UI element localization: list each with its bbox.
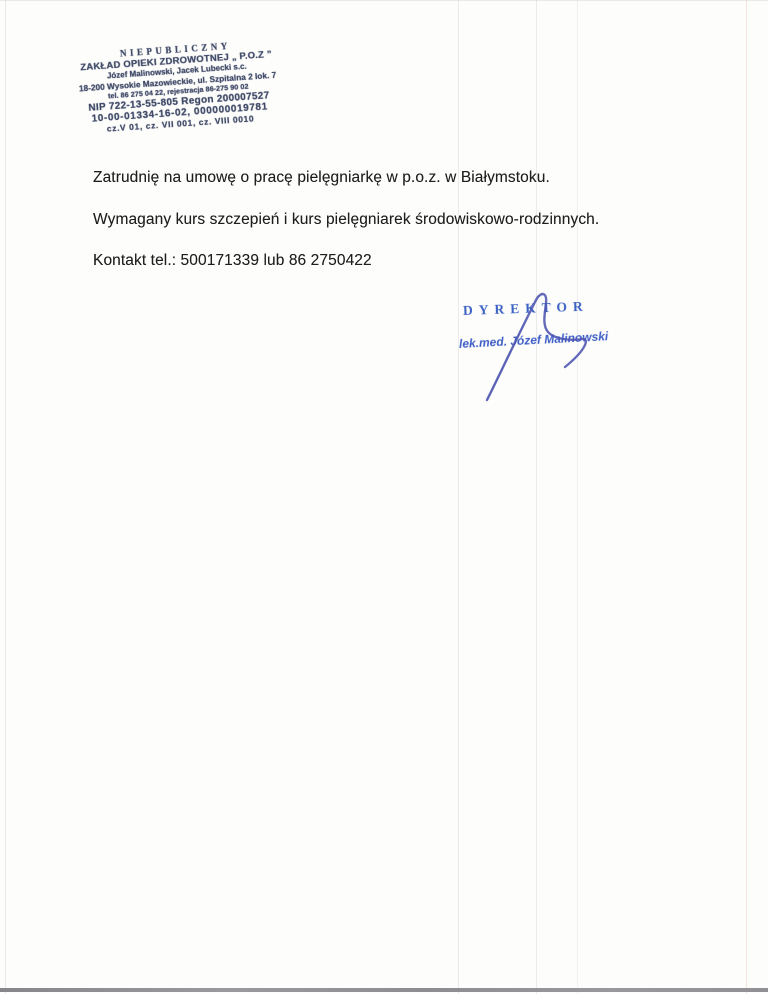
body-paragraph-job-offer: Zatrudnię na umowę o pracę pielęgniarkę … <box>93 169 550 186</box>
scan-artifact-line <box>458 0 459 994</box>
scan-artifact-line <box>746 0 747 994</box>
body-paragraph-requirements: Wymagany kurs szczepień i kurs pielęgnia… <box>93 211 599 228</box>
scan-artifact-line <box>5 0 6 994</box>
scan-bottom-edge <box>0 988 768 992</box>
body-paragraph-contact: Kontakt tel.: 500171339 lub 86 2750422 <box>93 252 372 269</box>
letterhead-stamp: NIEPUBLICZNY ZAKŁAD OPIEKI ZDROWOTNEJ „ … <box>75 38 280 137</box>
scan-top-edge <box>0 0 768 1</box>
scanned-document-page: NIEPUBLICZNY ZAKŁAD OPIEKI ZDROWOTNEJ „ … <box>0 0 768 994</box>
scan-artifact-line <box>577 0 578 994</box>
handwritten-signature-icon <box>440 280 640 420</box>
scan-artifact-line <box>536 0 537 994</box>
